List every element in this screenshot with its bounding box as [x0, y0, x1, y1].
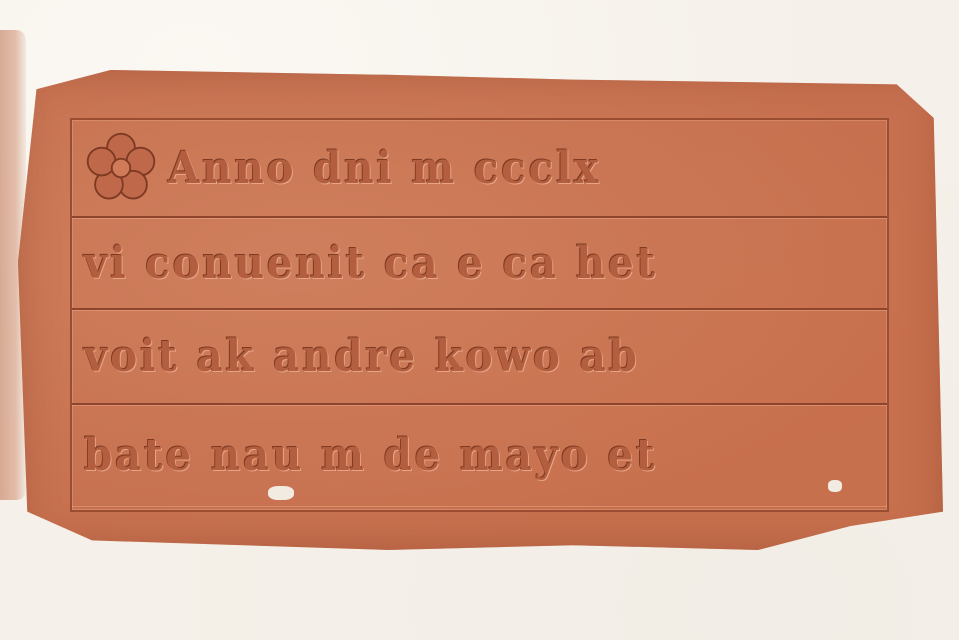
inscription-line-3: voit ak andre kowo ab: [72, 310, 887, 405]
inscription-line-1: Anno dni m ccclx: [72, 120, 887, 218]
plaster-chip: [828, 480, 842, 492]
rosette-icon: [84, 131, 158, 205]
inscription-text-line-2: vi conuenit ca e ca het: [84, 238, 658, 289]
inscription-text-line-3: voit ak andre kowo ab: [84, 331, 640, 382]
inscription-text-line-1: Anno dni m ccclx: [168, 143, 601, 194]
plaster-chip: [268, 486, 294, 500]
inscription-panel: Anno dni m ccclx vi conuenit ca e ca het…: [70, 118, 889, 512]
inscription-line-2: vi conuenit ca e ca het: [72, 218, 887, 310]
inscription-text-line-4: bate nau m de mayo et: [84, 430, 657, 481]
inscription-line-4: bate nau m de mayo et: [72, 405, 887, 506]
